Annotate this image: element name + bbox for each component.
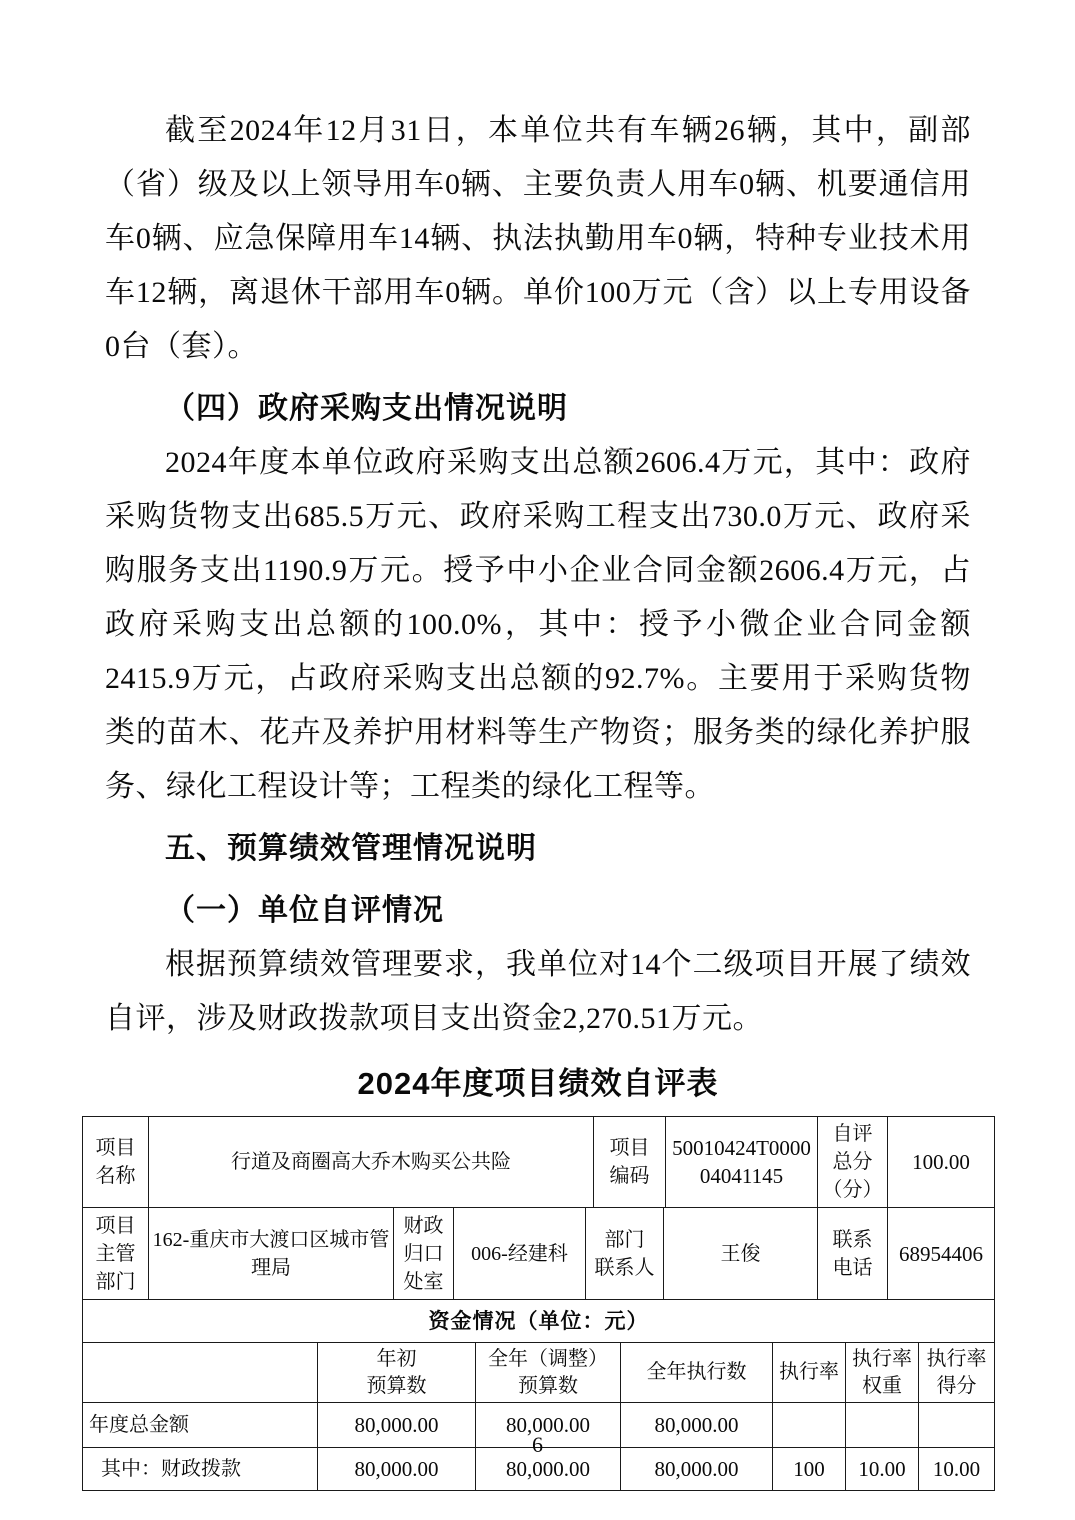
label-supervising-dept: 项目 主管 部门: [83, 1208, 149, 1300]
col-header-initial-budget: 年初 预算数: [318, 1343, 476, 1403]
value-selfeval-score: 100.00: [888, 1117, 994, 1208]
col-header-adjusted-budget: 全年（调整） 预算数: [476, 1343, 621, 1403]
label-selfeval-score: 自评 总分 （分）: [818, 1117, 888, 1208]
procurement-paragraph: 2024年度本单位政府采购支出总额2606.4万元，其中：政府采购货物支出685…: [105, 436, 971, 814]
document-page: 截至2024年12月31日，本单位共有车辆26辆，其中，副部（省）级及以上领导用…: [0, 0, 1075, 1520]
value-dept-contact: 王俊: [664, 1208, 818, 1300]
table-row-department: 项目 主管 部门 162-重庆市大渡口区城市管理局 财政 归口 处室 006-经…: [83, 1208, 994, 1300]
col-header-rate-score: 执行率 得分: [919, 1343, 994, 1403]
label-finance-office: 财政 归口 处室: [394, 1208, 454, 1300]
funds-section-title: 资金情况（单位：元）: [83, 1300, 994, 1343]
selfeval-table-title: 2024年度项目绩效自评表: [105, 1062, 971, 1106]
value-project-name: 行道及商圈高大乔木购买公共险: [149, 1117, 594, 1208]
heading-performance-management: 五、预算绩效管理情况说明: [105, 822, 971, 876]
page-number: 6: [0, 1432, 1075, 1458]
table-row-funds-banner: 资金情况（单位：元）: [83, 1300, 994, 1343]
label-project-code: 项目 编码: [594, 1117, 666, 1208]
value-finance-office: 006-经建科: [454, 1208, 586, 1300]
col-header-execution-rate: 执行率: [773, 1343, 846, 1403]
col-header-rate-weight: 执行率 权重: [846, 1343, 919, 1403]
self-evaluation-paragraph: 根据预算绩效管理要求，我单位对14个二级项目开展了绩效自评，涉及财政拨款项目支出…: [105, 938, 971, 1046]
value-supervising-dept: 162-重庆市大渡口区城市管理局: [149, 1208, 394, 1300]
vehicles-paragraph: 截至2024年12月31日，本单位共有车辆26辆，其中，副部（省）级及以上领导用…: [105, 104, 971, 374]
label-dept-contact: 部门 联系人: [586, 1208, 664, 1300]
label-contact-phone: 联系 电话: [818, 1208, 888, 1300]
col-header-annual-execution: 全年执行数: [621, 1343, 773, 1403]
value-project-code: 50010424T0000 04041145: [666, 1117, 818, 1208]
table-row-column-headers: 年初 预算数 全年（调整） 预算数 全年执行数 执行率 执行率 权重 执行率 得…: [83, 1343, 994, 1403]
heading-self-evaluation: （一）单位自评情况: [105, 884, 971, 938]
label-project-name: 项目 名称: [83, 1117, 149, 1208]
heading-procurement: （四）政府采购支出情况说明: [105, 382, 971, 436]
value-contact-phone: 68954406: [888, 1208, 994, 1300]
page-content: 截至2024年12月31日，本单位共有车辆26辆，其中，副部（省）级及以上领导用…: [0, 0, 1075, 1491]
table-row-project: 项目 名称 行道及商圈高大乔木购买公共险 项目 编码 50010424T0000…: [83, 1117, 994, 1208]
col-header-blank: [83, 1343, 318, 1403]
